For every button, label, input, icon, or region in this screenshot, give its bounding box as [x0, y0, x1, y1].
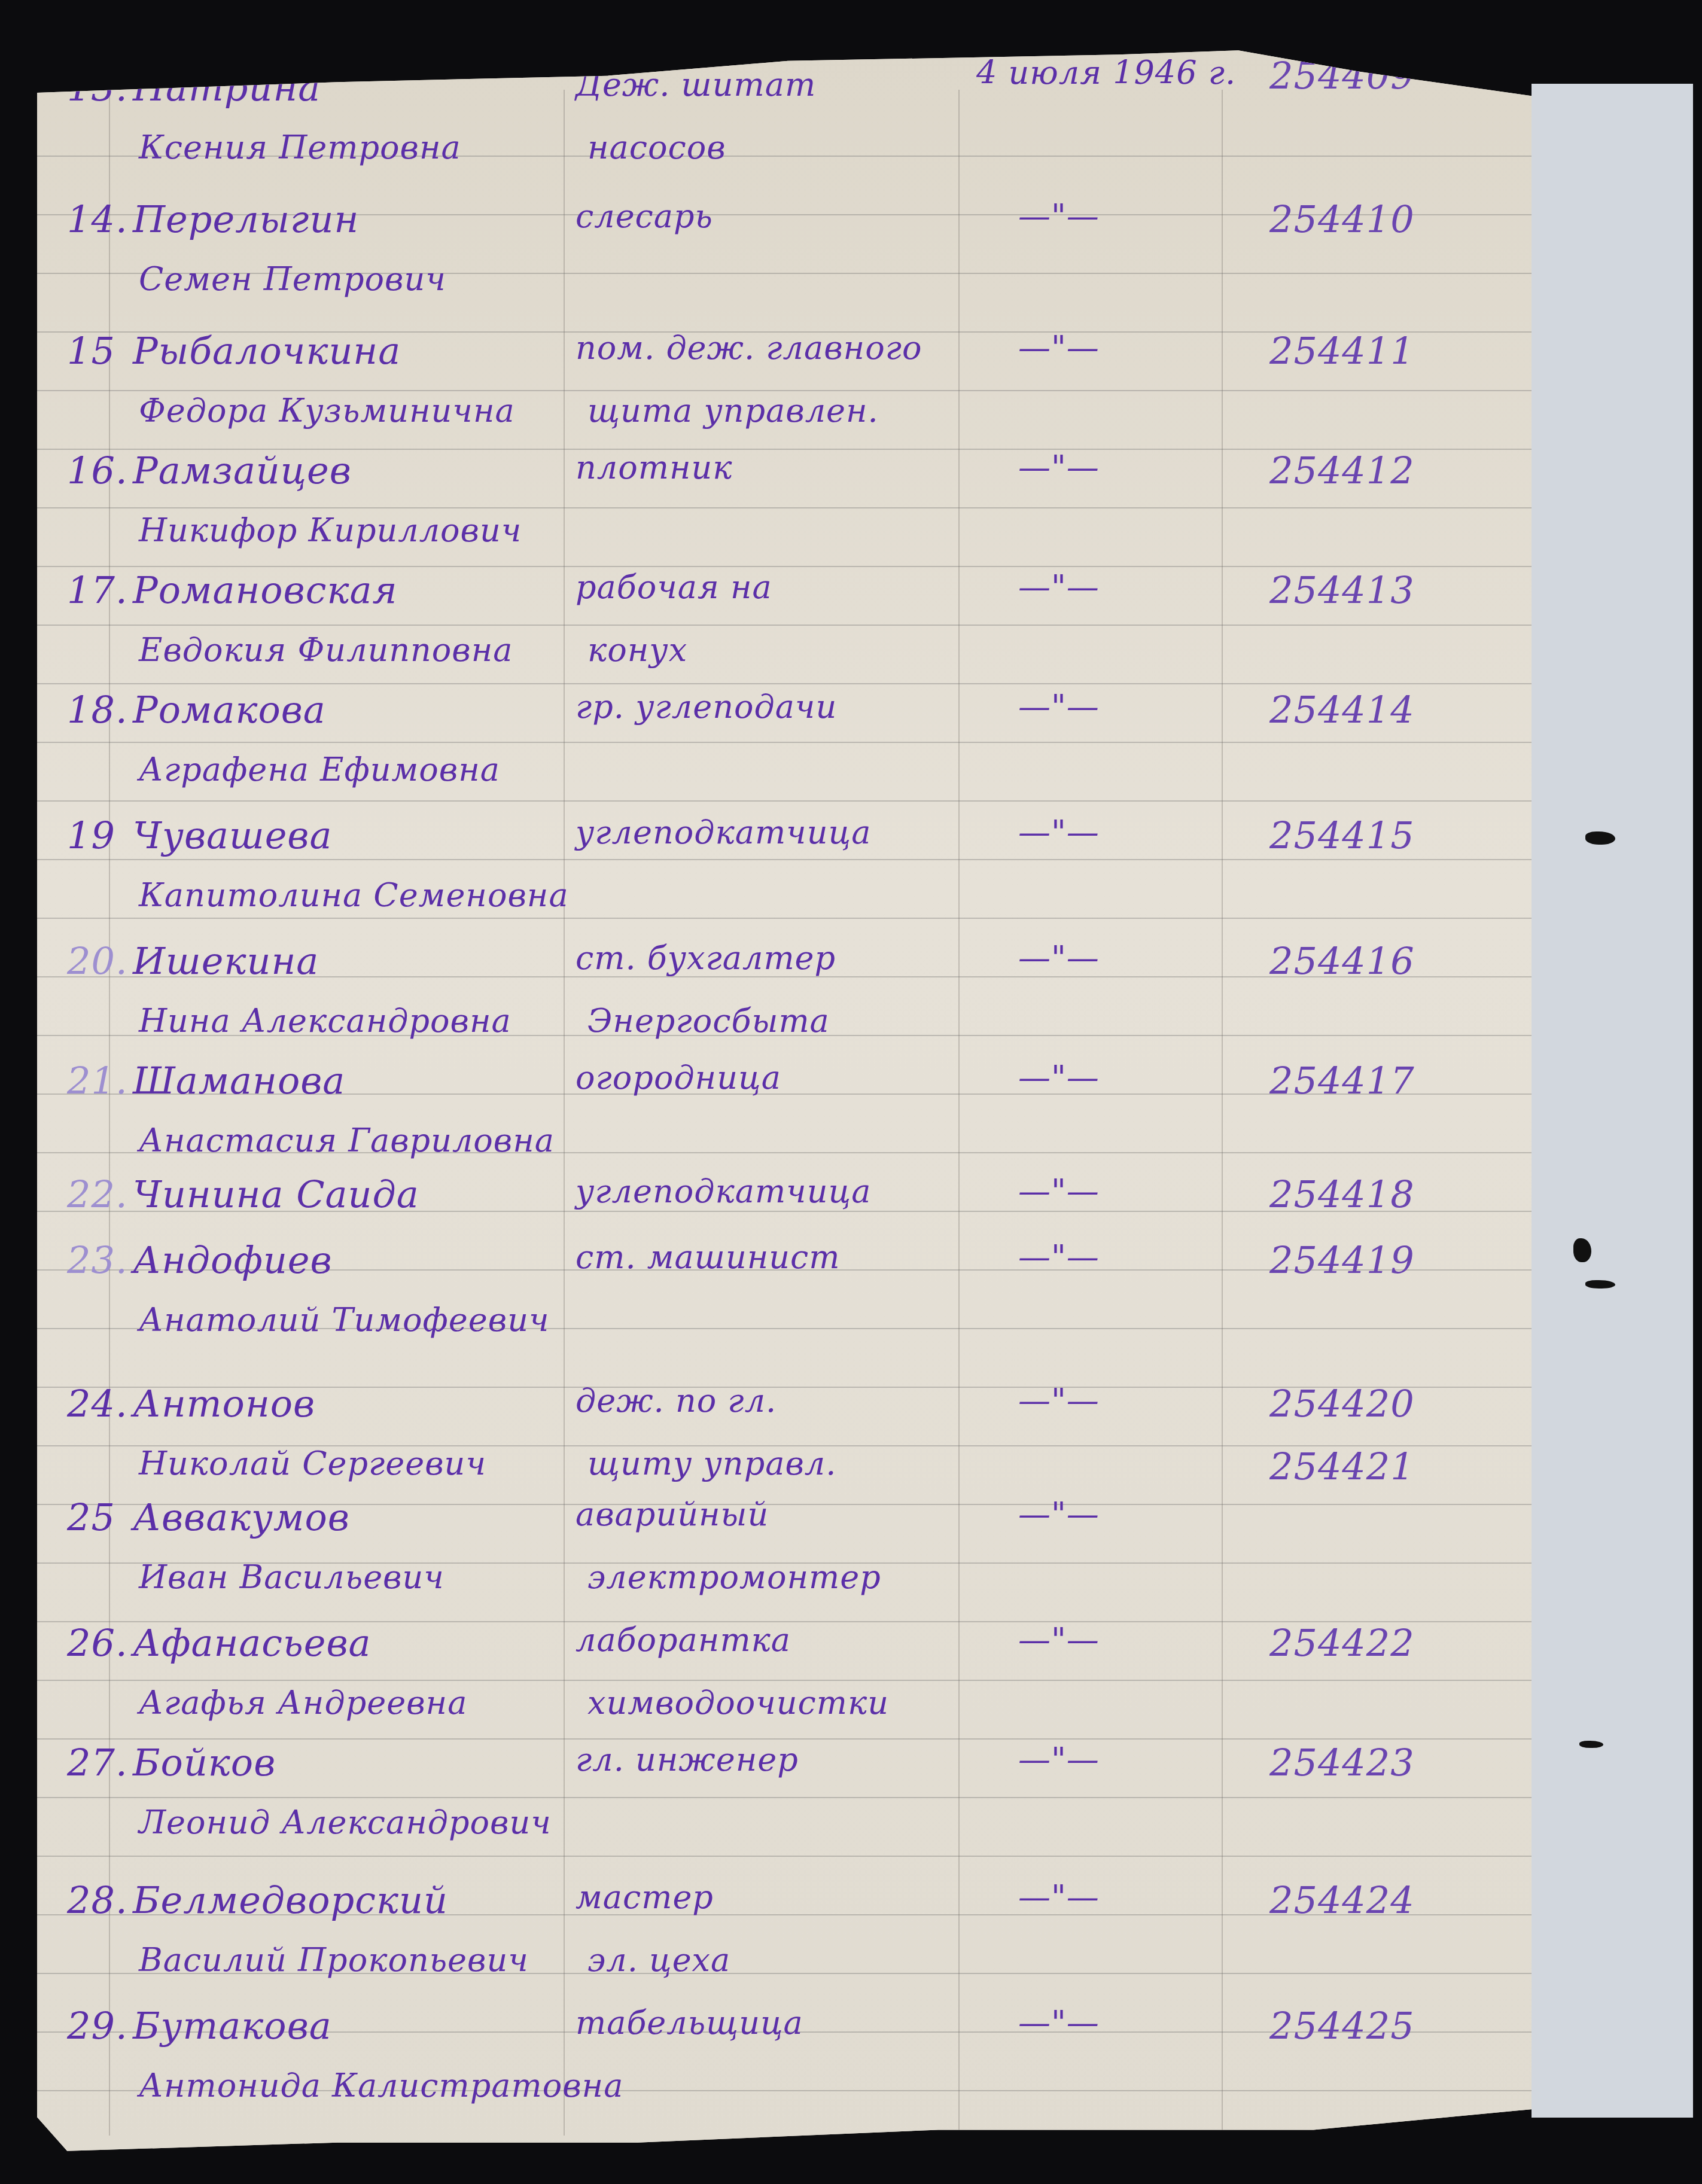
- entry-registration-number: 254417: [1269, 1059, 1415, 1102]
- entry-occupation: ст. машинист: [576, 1238, 840, 1276]
- punch-hole: [1573, 1238, 1591, 1262]
- entry-number: 20.: [67, 939, 128, 983]
- ruled-line: [37, 625, 1539, 626]
- entry-number: 17.: [67, 568, 128, 612]
- entry-date: —"—: [1018, 939, 1100, 977]
- entry-date: —"—: [1018, 688, 1100, 726]
- entry-number: 25: [67, 1495, 115, 1539]
- entry-registration-number: 254423: [1269, 1741, 1415, 1784]
- entry-number: 26.: [67, 1621, 128, 1665]
- entry-date: —"—: [1018, 1495, 1100, 1533]
- entry-surname: Ромакова: [133, 688, 326, 732]
- column-rule: [109, 90, 110, 2136]
- entry-date: —"—: [1018, 449, 1100, 486]
- entry-date: —"—: [1018, 197, 1100, 235]
- entry-registration-number: 254412: [1269, 449, 1415, 492]
- column-rule: [958, 90, 960, 2136]
- ruled-line: [37, 800, 1539, 802]
- entry-occupation-line2: насосов: [587, 129, 726, 166]
- column-rule: [564, 90, 565, 2136]
- entry-given-name: Евдокия Филипповна: [139, 631, 513, 669]
- entry-occupation: пом. деж. главного: [576, 329, 922, 367]
- entry-number: 27.: [67, 1741, 128, 1784]
- entry-number: 13.: [67, 66, 128, 109]
- entry-number: 28.: [67, 1878, 128, 1922]
- entry-occupation: плотник: [576, 449, 732, 486]
- entry-registration-number: 254424: [1269, 1878, 1415, 1922]
- entry-occupation: лаборантка: [576, 1621, 791, 1659]
- entry-registration-number: 254425: [1269, 2004, 1415, 2048]
- entry-surname: Патрина: [133, 66, 321, 109]
- entry-registration-number: 254419: [1269, 1238, 1415, 1282]
- column-rule: [1222, 90, 1223, 2136]
- entry-registration-number: 254410: [1269, 197, 1415, 241]
- entry-surname: Антонов: [133, 1382, 315, 1425]
- entry-given-name: Анатолий Тимофеевич: [139, 1301, 550, 1339]
- entry-number: 16.: [67, 449, 128, 492]
- ruled-line: [37, 390, 1539, 391]
- ruled-line: [37, 1738, 1539, 1740]
- ruled-line: [37, 683, 1539, 684]
- entry-number: 29.: [67, 2004, 128, 2048]
- entry-surname: Рамзайцев: [133, 449, 352, 492]
- ruled-line: [37, 918, 1539, 919]
- entry-occupation: Деж. шитат: [576, 66, 816, 103]
- punch-hole: [1585, 1280, 1615, 1289]
- entry-surname: Бойков: [133, 1741, 276, 1784]
- entry-date: —"—: [1018, 1741, 1100, 1778]
- entry-occupation: углеподкатчица: [576, 814, 871, 851]
- entry-number: 19: [67, 814, 115, 857]
- entry-date: —"—: [1018, 1878, 1100, 1916]
- entry-given-name: Никифор Кириллович: [139, 511, 522, 549]
- entry-occupation: аварийный: [576, 1495, 769, 1533]
- binding-strip: [1532, 84, 1693, 2118]
- entry-surname: Перелыгин: [133, 197, 359, 241]
- entry-given-name: Ксения Петровна: [139, 129, 461, 166]
- entry-given-name: Николай Сергеевич: [139, 1445, 486, 1482]
- entry-registration-number: 254422: [1269, 1621, 1415, 1665]
- entry-occupation-line2: щиту управл.: [587, 1445, 836, 1482]
- entry-occupation: углеподкатчица: [576, 1172, 871, 1210]
- entry-occupation-line2: химводоочистки: [587, 1684, 889, 1722]
- entry-surname: Ишекина: [133, 939, 319, 983]
- entry-date: —"—: [1018, 1238, 1100, 1276]
- ruled-line: [37, 1856, 1539, 1857]
- entry-given-name: Иван Васильевич: [139, 1558, 444, 1596]
- entry-occupation: гл. инженер: [576, 1741, 799, 1778]
- entry-occupation-line2: конух: [587, 631, 687, 669]
- entry-occupation: ст. бухгалтер: [576, 939, 836, 977]
- entry-date: —"—: [1018, 1059, 1100, 1096]
- entry-number: 21.: [67, 1059, 128, 1102]
- entry-occupation-line2: щита управлен.: [587, 392, 879, 430]
- entry-surname: Шаманова: [133, 1059, 345, 1102]
- entry-registration-number: 254413: [1269, 568, 1415, 612]
- entry-date: —"—: [1018, 2004, 1100, 2042]
- entry-date: —"—: [1018, 814, 1100, 851]
- entry-number: 15: [67, 329, 115, 373]
- entry-given-name: Анастасия Гавриловна: [139, 1122, 555, 1159]
- entry-given-name: Семен Петрович: [139, 260, 446, 298]
- entry-occupation: гр. углеподачи: [576, 688, 837, 726]
- entry-number: 23.: [67, 1238, 128, 1282]
- entry-number: 22.: [67, 1172, 128, 1216]
- entry-given-name: Капитолина Семеновна: [139, 876, 569, 914]
- entry-given-name: Леонид Александрович: [139, 1804, 552, 1841]
- entry-occupation: деж. по гл.: [576, 1382, 777, 1420]
- entry-surname: Андофиев: [133, 1238, 333, 1282]
- entry-registration-number: 254411: [1269, 329, 1415, 373]
- entry-surname: Романовская: [133, 568, 397, 612]
- entry-date: —"—: [1018, 1382, 1100, 1420]
- ruled-line: [37, 1797, 1539, 1798]
- entry-given-name: Федора Кузьминична: [139, 392, 515, 430]
- entry-date: —"—: [1018, 1621, 1100, 1659]
- entry-number: 14.: [67, 197, 128, 241]
- entry-occupation: рабочая на: [576, 568, 772, 606]
- ruled-line: [37, 507, 1539, 508]
- entry-given-name: Антонида Калистратовна: [139, 2067, 623, 2104]
- entry-given-name: Аграфена Ефимовна: [139, 751, 500, 788]
- entry-date: —"—: [1018, 1172, 1100, 1210]
- entry-date: —"—: [1018, 568, 1100, 606]
- entry-surname: Чувашева: [133, 814, 332, 857]
- entry-date: 4 июля 1946 г.: [976, 54, 1236, 92]
- entry-occupation: слесарь: [576, 197, 713, 235]
- entry-occupation: табельщица: [576, 2004, 803, 2042]
- entry-occupation-line2: эл. цеха: [587, 1941, 730, 1979]
- ruled-line: [37, 859, 1539, 860]
- entry-registration-number: 254414: [1269, 688, 1415, 732]
- entry-occupation-line2: Энергосбыта: [587, 1002, 830, 1040]
- entry-surname: Бутакова: [133, 2004, 332, 2048]
- entry-given-name: Агафья Андреевна: [139, 1684, 467, 1722]
- document-page: 13.ПатринаКсения ПетровнаДеж. шитатнасос…: [37, 42, 1539, 2159]
- entry-given-name: Нина Александровна: [139, 1002, 511, 1040]
- entry-surname: Аввакумов: [133, 1495, 350, 1539]
- punch-hole: [1579, 1741, 1603, 1748]
- entry-number: 18.: [67, 688, 128, 732]
- entry-date: —"—: [1018, 329, 1100, 367]
- entry-given-name: Василий Прокопьевич: [139, 1941, 529, 1979]
- entry-registration-number: 254418: [1269, 1172, 1415, 1216]
- entry-surname: Рыбалочкина: [133, 329, 401, 373]
- entry-occupation: огородница: [576, 1059, 781, 1096]
- ruled-line: [37, 566, 1539, 567]
- entry-surname: Чинина Саида: [133, 1172, 419, 1216]
- punch-hole: [1585, 831, 1615, 845]
- entry-registration-number: 254409: [1269, 54, 1415, 98]
- entry-surname: Афанасьева: [133, 1621, 371, 1665]
- entry-occupation: мастер: [576, 1878, 714, 1916]
- entry-registration-number: 254421: [1269, 1445, 1415, 1488]
- entry-registration-number: 254420: [1269, 1382, 1415, 1425]
- ruled-line: [37, 1680, 1539, 1681]
- entry-number: 24.: [67, 1382, 128, 1425]
- entry-surname: Белмедворский: [133, 1878, 448, 1922]
- entry-occupation-line2: электромонтер: [587, 1558, 881, 1596]
- entry-registration-number: 254415: [1269, 814, 1415, 857]
- entry-registration-number: 254416: [1269, 939, 1415, 983]
- ruled-line: [37, 742, 1539, 743]
